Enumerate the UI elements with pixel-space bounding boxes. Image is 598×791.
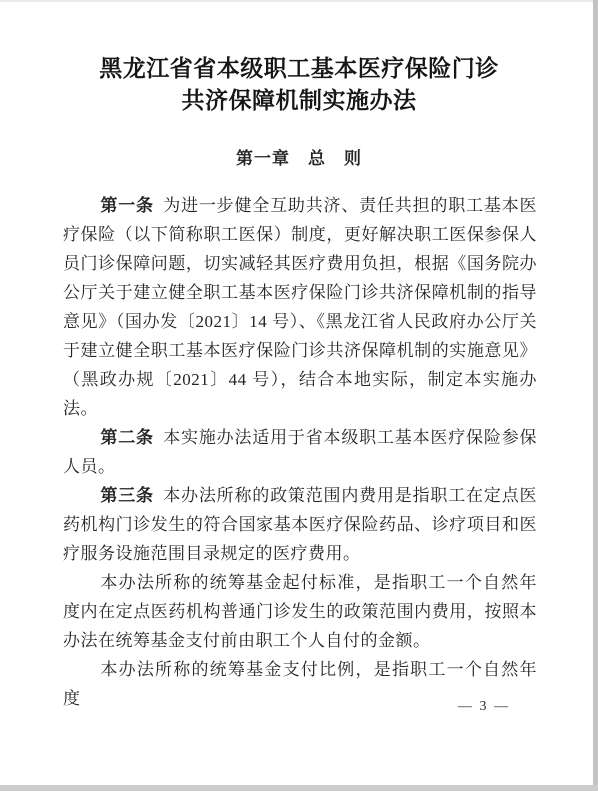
page-number: — 3 — — [458, 699, 510, 715]
article-number: 第二条 — [100, 428, 153, 447]
scan-edge-right — [593, 0, 598, 791]
article-number: 第三条 — [100, 486, 153, 505]
document-title: 黑龙江省省本级职工基本医疗保险门诊 共济保障机制实施办法 — [0, 53, 598, 117]
paragraph-article-2: 第二条本实施办法适用于省本级职工基本医疗保险参保人员。 — [63, 423, 537, 481]
paragraph-article-3: 第三条本办法所称的政策范围内费用是指职工在定点医药机构门诊发生的符合国家基本医疗… — [63, 481, 537, 568]
document-body: 第一条为进一步健全互助共济、责任共担的职工基本医疗保险（以下简称职工医保）制度，… — [63, 191, 537, 713]
document-page: 黑龙江省省本级职工基本医疗保险门诊 共济保障机制实施办法 第一章 总 则 第一条… — [0, 0, 598, 791]
title-line-1: 黑龙江省省本级职工基本医疗保险门诊 — [0, 53, 598, 85]
paragraph-text: 为进一步健全互助共济、责任共担的职工基本医疗保险（以下简称职工医保）制度，更好解… — [63, 196, 537, 418]
paragraph-text: 本办法所称的统筹基金起付标准，是指职工一个自然年度内在定点医药机构普通门诊发生的… — [63, 573, 537, 650]
paragraph-article-1: 第一条为进一步健全互助共济、责任共担的职工基本医疗保险（以下简称职工医保）制度，… — [63, 191, 537, 423]
chapter-heading: 第一章 总 则 — [0, 144, 598, 169]
title-line-2: 共济保障机制实施办法 — [0, 85, 598, 117]
scan-edge-bottom — [0, 785, 598, 791]
paragraph-deductible-definition: 本办法所称的统筹基金起付标准，是指职工一个自然年度内在定点医药机构普通门诊发生的… — [63, 568, 537, 655]
article-number: 第一条 — [100, 196, 153, 215]
scan-edge-top — [0, 0, 598, 2]
